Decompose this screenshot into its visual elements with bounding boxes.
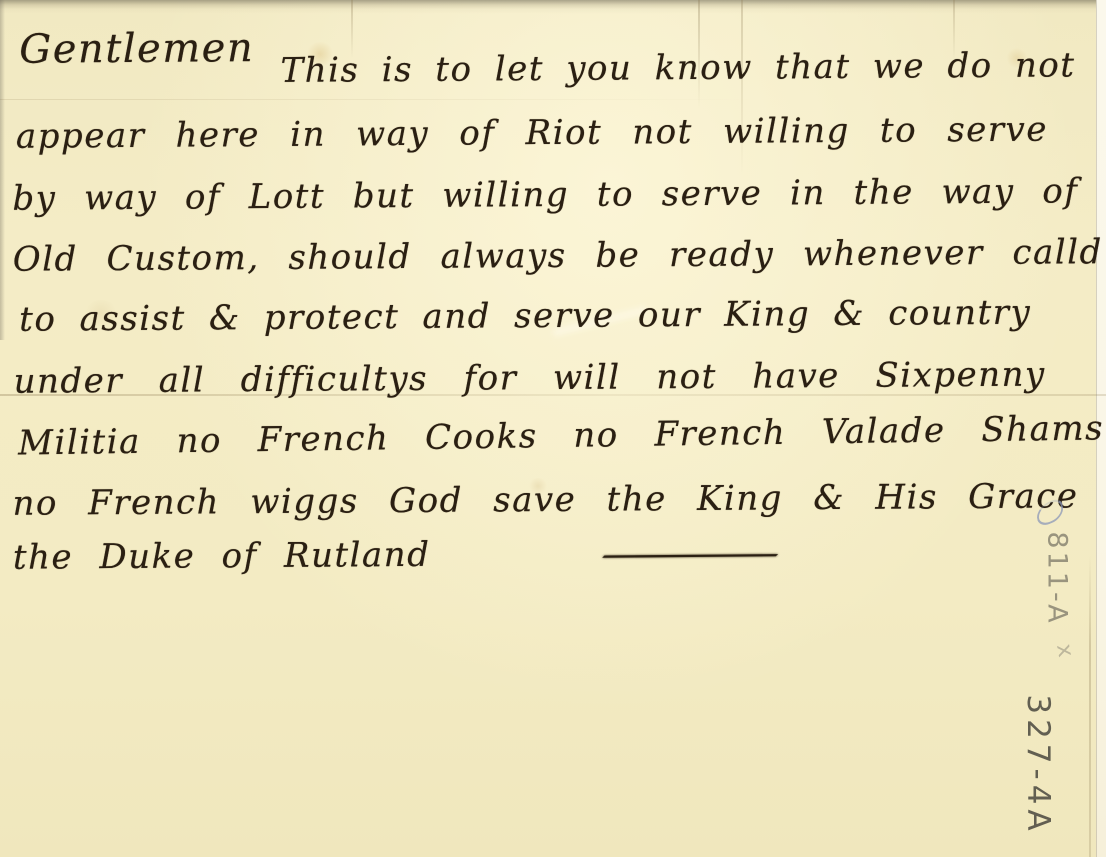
letter-line: Militia no French Cooks no French Valade… xyxy=(18,411,1104,460)
letter-line: under all difficultys for will not have … xyxy=(14,358,1046,399)
letter-line: appear here in way of Riot not willing t… xyxy=(16,113,1048,154)
archive-number-upper: 811-A xyxy=(1042,512,1073,646)
letter-salutation: Gentlemen xyxy=(19,28,254,70)
letter-line: This is to let you know that we do not xyxy=(280,48,1075,88)
letter-line: the Duke of Rutland xyxy=(13,538,431,575)
letter-line: to assist & protect and serve our King &… xyxy=(19,296,1031,337)
letter-line: by way of Lott but willing to serve in t… xyxy=(12,174,1078,215)
letter-line: Old Custom, should always be ready whene… xyxy=(13,235,1103,277)
letter-line: no French wiggs God save the King & His … xyxy=(12,479,1078,520)
letter-paper: Gentlemen This is to let you know that w… xyxy=(0,0,1106,857)
letter-body: Gentlemen This is to let you know that w… xyxy=(0,0,1106,857)
closing-flourish-dash: — xyxy=(594,536,794,572)
archive-number-lower: 327-4A xyxy=(1020,679,1056,851)
